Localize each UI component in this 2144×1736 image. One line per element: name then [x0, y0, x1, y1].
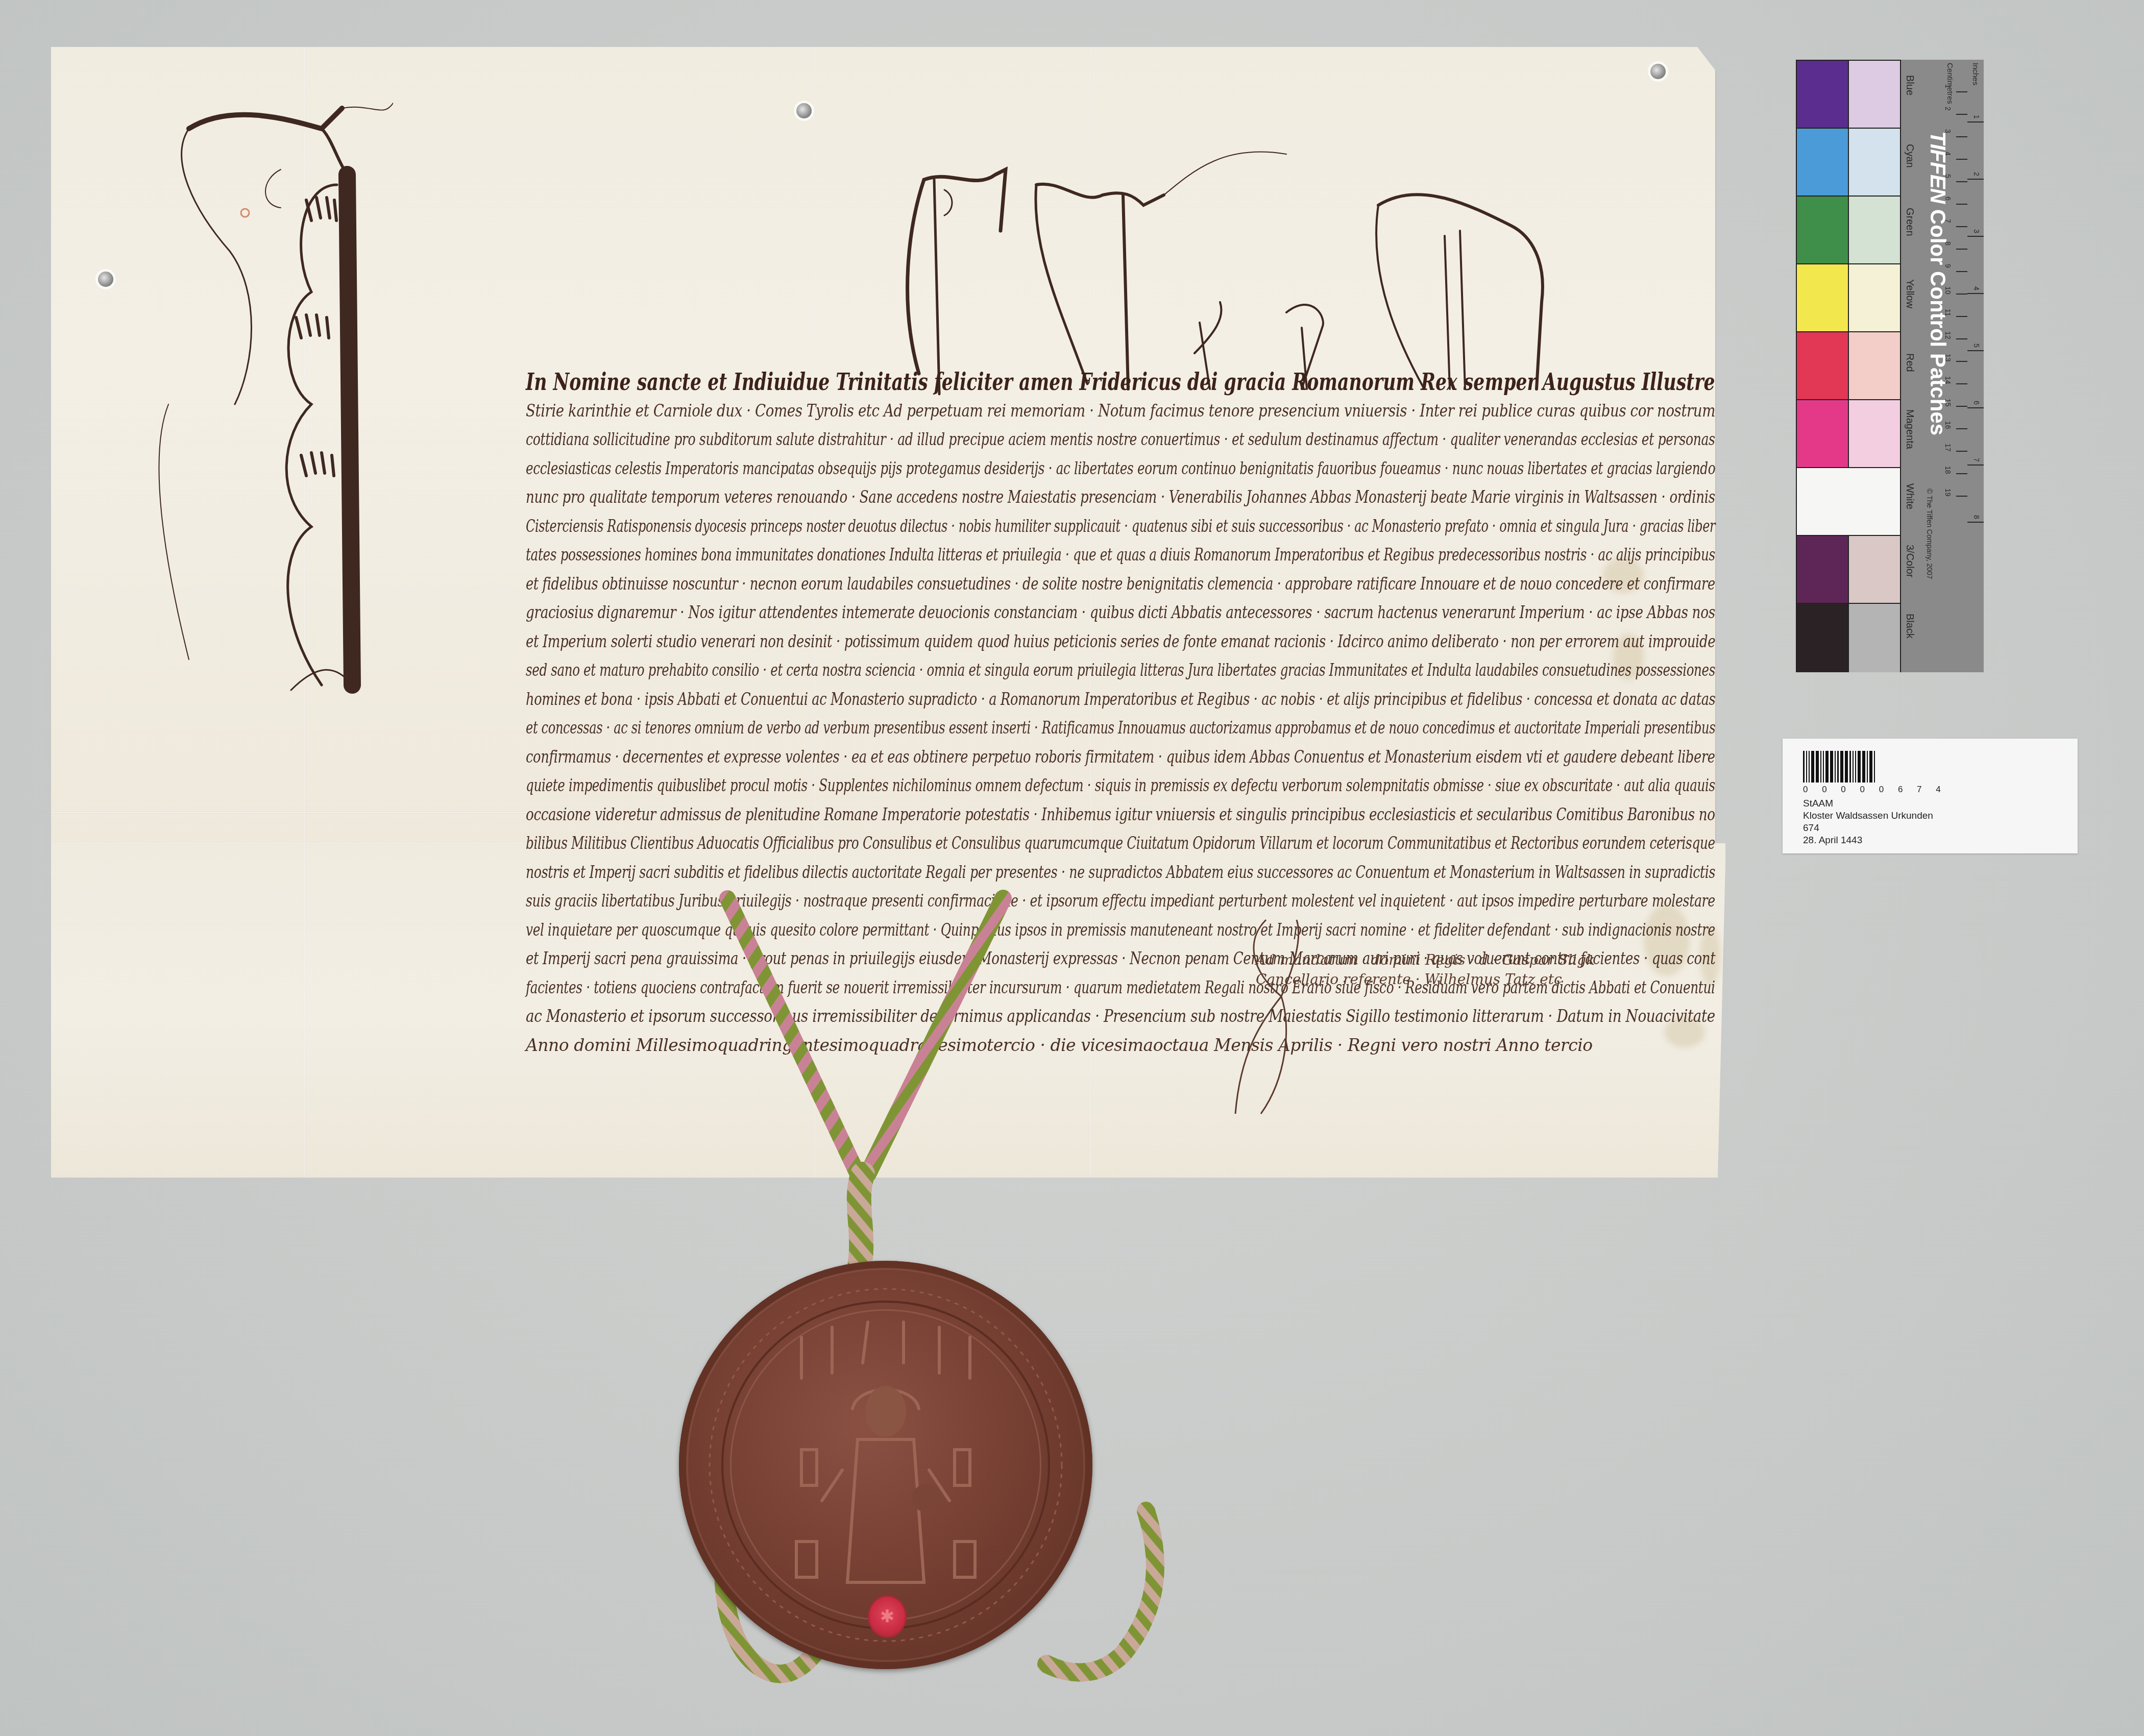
color-patch-grid	[1796, 60, 1901, 672]
text-line: confirmamus · decernentes et expresse vo…	[526, 743, 1457, 772]
inch-tick	[1967, 121, 1984, 123]
wax-seal: ✱	[679, 1261, 1092, 1669]
inch-tick-label: 2	[1972, 172, 1981, 176]
cm-tick-label: 15	[1944, 399, 1952, 407]
patch-magenta-dark	[1797, 400, 1849, 467]
chancery-subscription: Ad mandatum · domini Regis · d · Gaspar …	[1256, 950, 1613, 989]
cm-tick	[1956, 383, 1967, 384]
cm-tick-label: 11	[1944, 309, 1952, 316]
inch-tick-label: 6	[1972, 401, 1981, 405]
inch-tick	[1967, 464, 1984, 466]
inch-tick-label: 1	[1972, 115, 1981, 119]
cm-tick-label: 7	[1944, 219, 1952, 223]
cm-tick	[1956, 159, 1967, 160]
inch-tick	[1967, 293, 1984, 294]
patch-label-white: White	[1904, 483, 1915, 509]
subscription-line: Ad mandatum · domini Regis · d · Gaspar …	[1256, 950, 1613, 970]
patch-label-black: Black	[1904, 614, 1915, 639]
mounting-pin-icon	[1650, 64, 1666, 79]
text-line: et fidelibus obtinuisse noscuntur · necn…	[526, 570, 1454, 599]
text-line: homines et bona · ipsis Abbati et Conuen…	[526, 685, 1452, 714]
patch-row-yellow	[1797, 264, 1900, 332]
enthroned-king-figure-icon	[781, 1317, 990, 1623]
cm-tick-label: 2	[1944, 107, 1952, 111]
text-line: cottidiana sollicitudine pro subditorum …	[526, 425, 1432, 454]
cm-tick-label: 6	[1944, 197, 1952, 201]
patch-red-dark	[1797, 332, 1849, 399]
patch-green-dark	[1797, 197, 1849, 263]
barcode-number: 0 0 0 0 0 6 7 4	[1803, 785, 1946, 795]
cm-tick	[1956, 294, 1967, 295]
cm-tick-label: 14	[1944, 376, 1952, 384]
cm-tick-label: 17	[1944, 444, 1952, 452]
patch-black-light	[1849, 604, 1900, 672]
subscription-flourish-icon	[1225, 910, 1337, 1124]
mounting-pin-icon	[796, 103, 812, 118]
patch-row-white	[1797, 468, 1900, 536]
document-date: 28. April 1443	[1803, 835, 1933, 847]
text-line: graciosius dignaremur · Nos igitur atten…	[526, 598, 1475, 627]
patch-row-magenta	[1797, 400, 1900, 468]
text-line: ecclesiasticas celestis Imperatoris manc…	[526, 454, 1418, 483]
patch-row-black	[1797, 604, 1900, 672]
patch-row-cyan	[1797, 129, 1900, 197]
patch-magenta-light	[1849, 400, 1900, 467]
red-counterseal: ✱	[868, 1595, 907, 1638]
cm-tick	[1956, 496, 1967, 497]
inch-tick-label: 3	[1972, 229, 1981, 233]
text-line: et Imperium solerti studio venerari non …	[526, 627, 1463, 656]
cm-tick-label: 3	[1944, 129, 1952, 133]
patch-blue-light	[1849, 61, 1900, 128]
text-line: sed sano et maturo prehabito consilio · …	[526, 656, 1412, 685]
patch-white	[1797, 468, 1900, 535]
inch-tick	[1967, 236, 1984, 237]
cm-tick-label: 18	[1944, 466, 1952, 474]
cm-tick-label: 8	[1944, 241, 1952, 246]
cm-tick	[1956, 316, 1967, 317]
text-line: quiete impedimentis quibuslibet procul m…	[526, 771, 1415, 800]
text-line: et concessas · ac si tenores omnium de v…	[526, 714, 1396, 743]
text-line: bilibus Militibus Clientibus Aduocatis O…	[526, 829, 1419, 858]
text-line: occasione videretur admissus de plenitud…	[526, 800, 1470, 829]
archive-name: StAAM	[1803, 798, 1933, 810]
cm-tick-label: 9	[1944, 264, 1952, 268]
inch-tick-label: 8	[1972, 515, 1981, 519]
subscription-line: Cancellario referente · Wilhelmus Tatz e…	[1256, 970, 1613, 989]
patch-row-green	[1797, 197, 1900, 264]
patch-label-3color: 3/Color	[1904, 545, 1915, 577]
patch-row-red	[1797, 332, 1900, 400]
patch-blue-dark	[1797, 61, 1849, 128]
patch-red-light	[1849, 332, 1900, 399]
inch-tick	[1967, 350, 1984, 351]
cm-tick	[1956, 473, 1967, 474]
patch-label-blue: Blue	[1904, 75, 1915, 95]
patch-row-blue	[1797, 61, 1900, 129]
cm-tick	[1956, 451, 1967, 452]
document-number: 674	[1803, 822, 1933, 835]
cm-tick	[1956, 91, 1967, 92]
cm-tick	[1956, 338, 1967, 339]
collection-name: Kloster Waldsassen Urkunden	[1803, 810, 1933, 822]
tiffen-color-control-strip: Inches Centimetres Blue Cyan Green Yello…	[1796, 60, 1984, 672]
inch-tick	[1967, 179, 1984, 180]
patch-label-yellow: Yellow	[1904, 279, 1915, 308]
inch-tick-label: 7	[1972, 458, 1981, 462]
cm-tick	[1956, 361, 1967, 362]
cm-tick-label: 4	[1944, 152, 1952, 156]
cm-tick-label: 5	[1944, 174, 1952, 178]
inch-tick	[1967, 522, 1984, 523]
inch-tick-label: 5	[1972, 344, 1981, 348]
text-line: Stirie karinthie et Carniole dux · Comes…	[526, 397, 1522, 426]
patch-label-cyan: Cyan	[1904, 144, 1915, 168]
cm-tick-label: 1	[1944, 84, 1952, 88]
patch-cyan-dark	[1797, 129, 1849, 195]
barcode-icon	[1803, 751, 1877, 783]
cm-tick	[1956, 181, 1967, 182]
archive-label: 0 0 0 0 0 6 7 4 StAAM Kloster Waldsassen…	[1783, 739, 2078, 853]
cm-tick	[1956, 406, 1967, 407]
label-text: StAAM Kloster Waldsassen Urkunden 674 28…	[1803, 798, 1933, 847]
cm-tick-label: 16	[1944, 421, 1952, 429]
patch-green-light	[1849, 197, 1900, 263]
cm-tick-label: 13	[1944, 354, 1952, 362]
cm-tick-label: 19	[1944, 488, 1952, 497]
cm-tick	[1956, 271, 1967, 272]
decorated-initial-i-icon	[128, 98, 393, 695]
centimetres-label: Centimetres	[1945, 63, 1954, 104]
eagle-emblem-icon: ✱	[869, 1597, 905, 1636]
text-line: Cisterciensis Ratisponensis dyocesis pri…	[526, 512, 1391, 541]
cm-tick-label: 12	[1944, 331, 1952, 339]
tiffen-brand: TIFFEN	[1926, 131, 1950, 203]
patch-label-magenta: Magenta	[1904, 409, 1915, 449]
patch-cyan-light	[1849, 129, 1900, 195]
invocation-line: In Nomine sancte et Indiuidue Trinitatis…	[526, 368, 1423, 397]
royal-monogram-icon	[868, 149, 1634, 404]
patch-label-red: Red	[1904, 353, 1915, 372]
text-line: tates possessiones homines bona immunita…	[526, 541, 1418, 570]
cm-tick	[1956, 114, 1967, 115]
patch-row-3color	[1797, 536, 1900, 604]
measurement-ruler: Inches Centimetres Blue Cyan Green Yello…	[1901, 60, 1984, 672]
cm-tick	[1956, 136, 1967, 137]
text-line: nunc pro qualitate temporum veteres reno…	[526, 483, 1469, 512]
patch-label-green: Green	[1904, 208, 1915, 236]
patch-3color-light	[1849, 536, 1900, 603]
patch-3color-dark	[1797, 536, 1849, 603]
inch-tick-label: 4	[1972, 286, 1981, 290]
patch-black-dark	[1797, 604, 1849, 672]
strip-copyright: © The Tiffen Company, 2007	[1926, 488, 1934, 579]
cm-tick-label: 10	[1944, 286, 1952, 295]
cm-tick	[1956, 428, 1967, 429]
inch-tick	[1967, 407, 1984, 408]
cm-tick	[1956, 204, 1967, 205]
patch-yellow-light	[1849, 264, 1900, 331]
inches-label: Inches	[1971, 63, 1980, 85]
patch-yellow-dark	[1797, 264, 1849, 331]
cm-tick	[1956, 226, 1967, 227]
cm-tick	[1956, 249, 1967, 250]
mounting-pin-icon	[98, 272, 113, 287]
